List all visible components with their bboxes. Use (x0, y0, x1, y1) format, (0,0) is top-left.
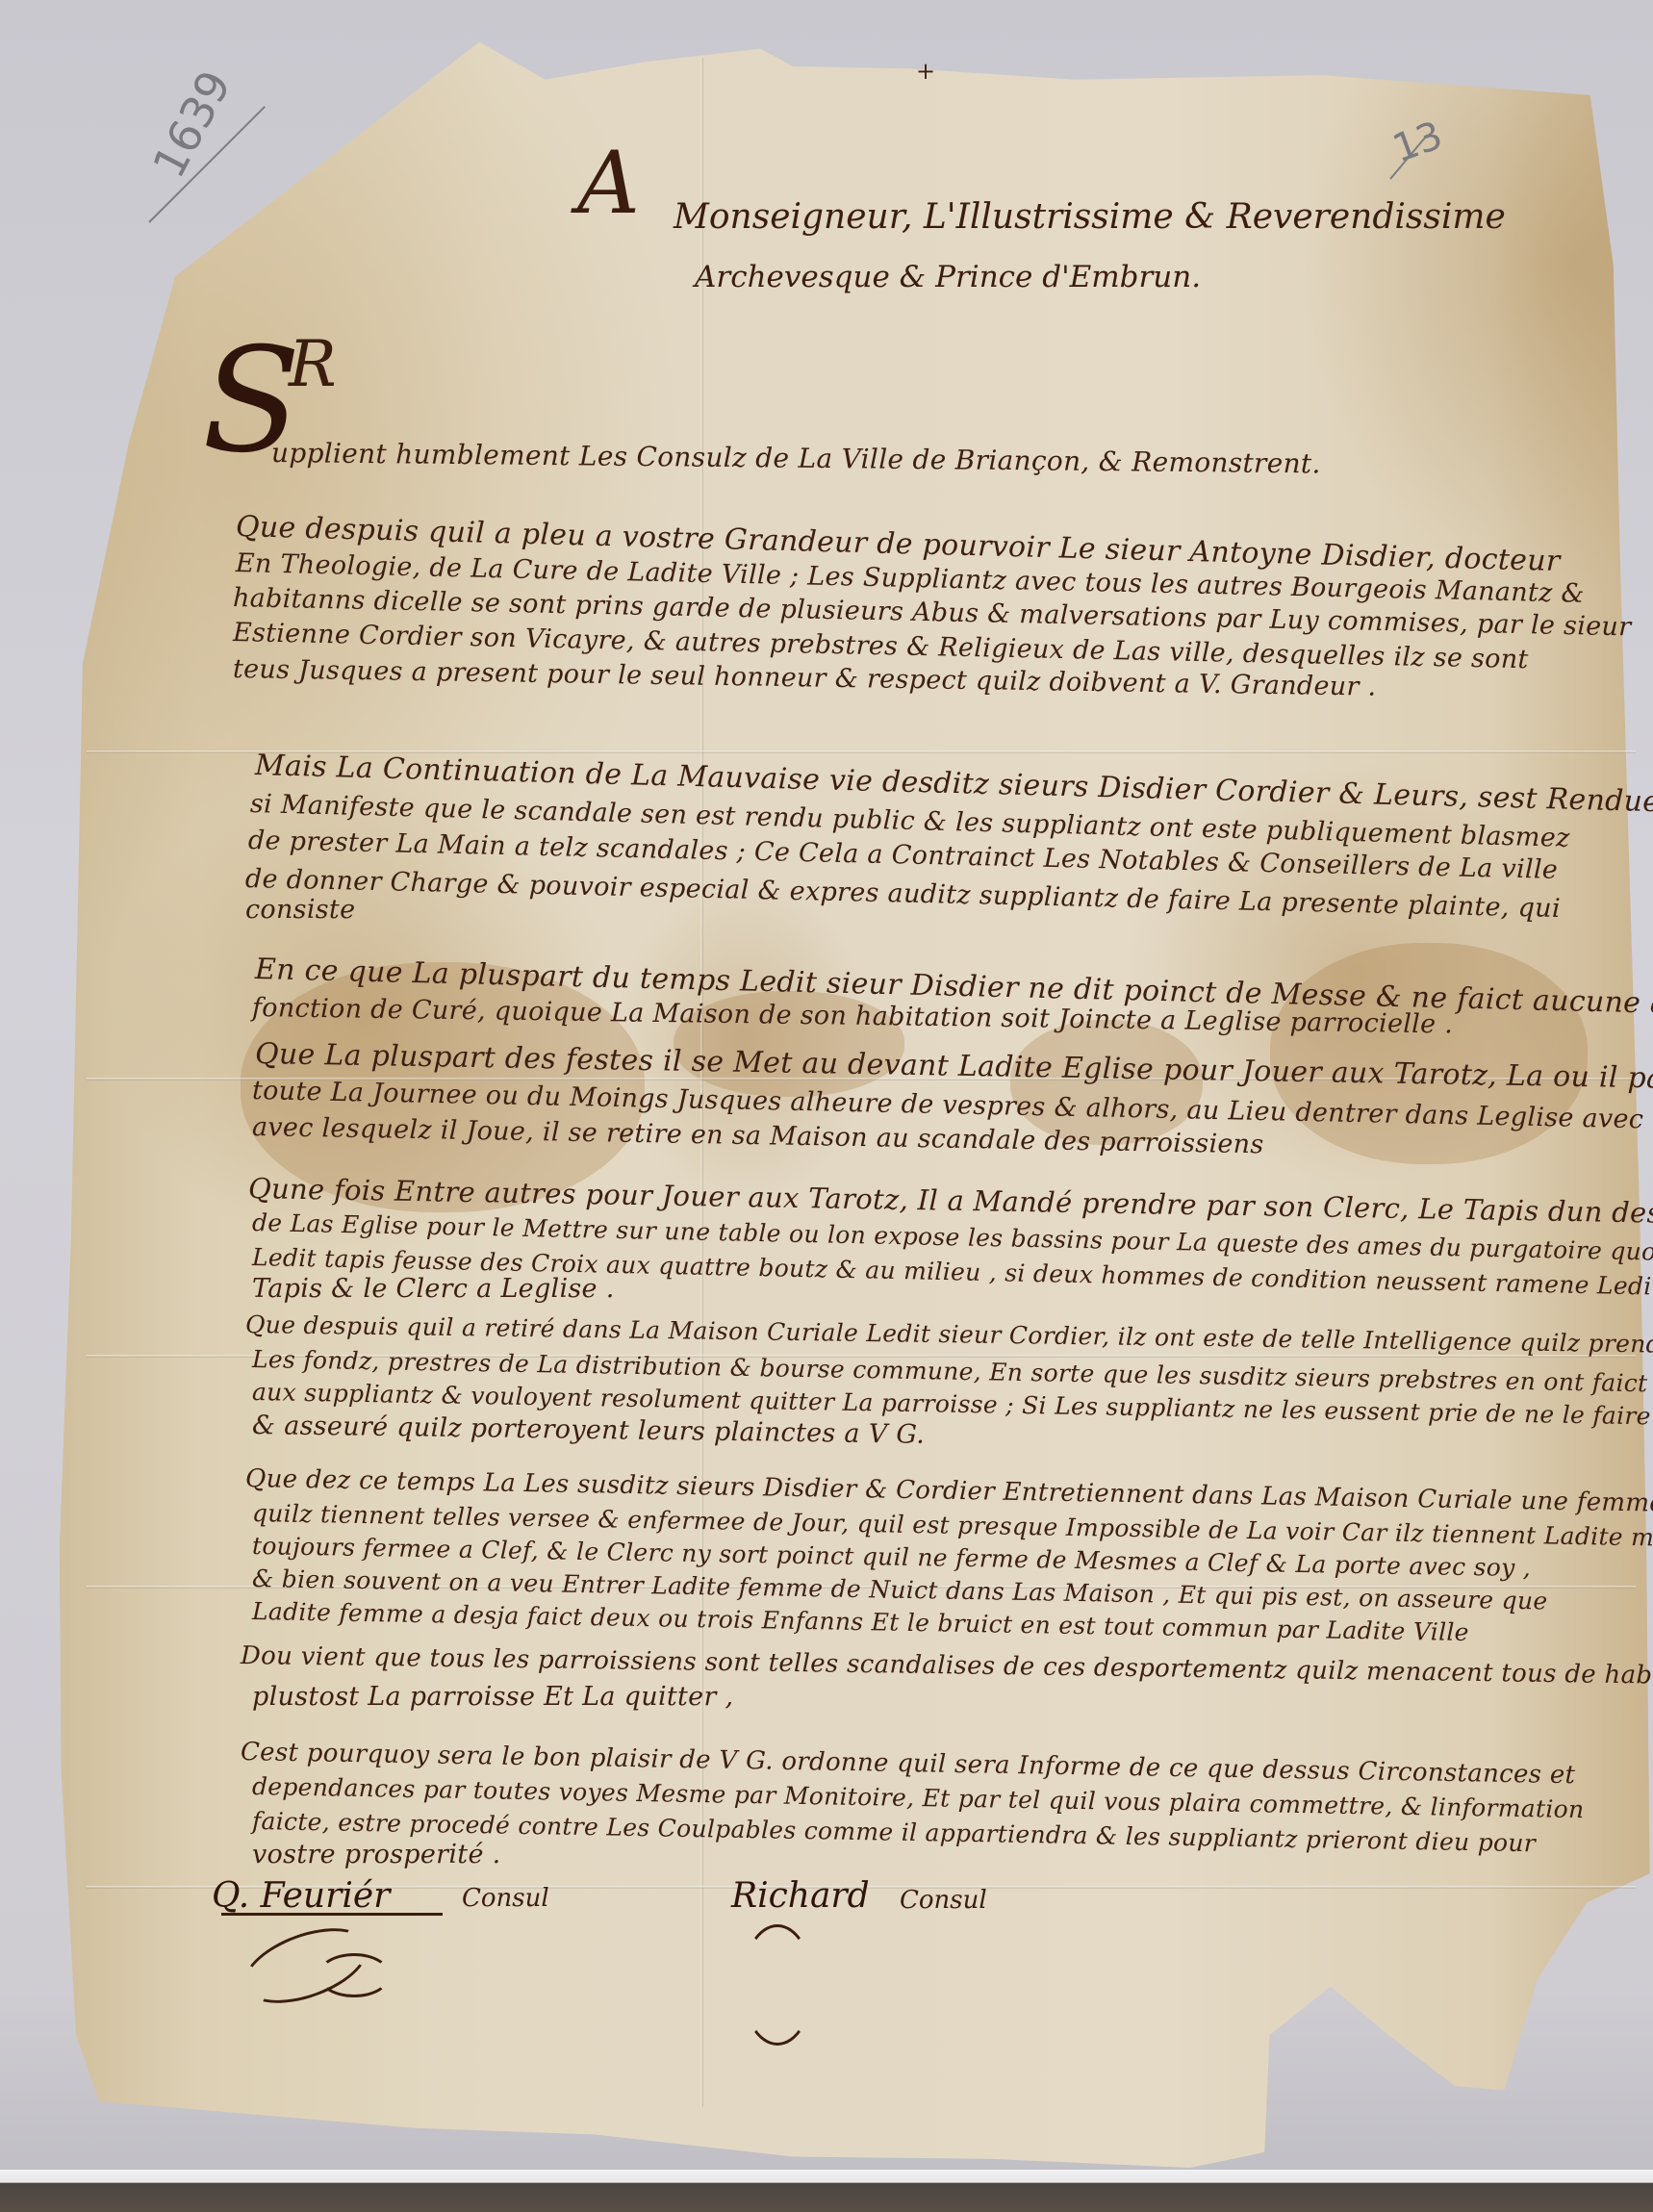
year-annotation: 1639 (142, 63, 242, 187)
address-line-2: Archevesque & Prince d'Embrun. (695, 260, 1201, 294)
address-line-1: Monseigneur, L'Illustrissime & Reverendi… (674, 197, 1506, 237)
signature-role: Consul (900, 1886, 987, 1915)
cross-mark: + (916, 58, 935, 85)
table-edge-background (0, 2170, 1653, 2212)
p5-line: Tapis & le Clerc a Leglise . (252, 1274, 615, 1304)
opening-initial-r: R (289, 327, 337, 401)
signature-role: Consul (462, 1884, 549, 1913)
address-initial: A (577, 133, 640, 234)
signature-flourish (318, 1953, 391, 1997)
p9-line: vostre prosperité . (252, 1840, 500, 1869)
signature-flourish (741, 1924, 814, 2046)
signature-name: Richard (731, 1876, 870, 1916)
signature-name: Q. Feuriér (212, 1876, 390, 1916)
p2-line: consiste (245, 895, 355, 925)
signature-underline (221, 1913, 443, 1916)
p8-line: plustost La parroisse Et La quitter , (252, 1682, 733, 1712)
